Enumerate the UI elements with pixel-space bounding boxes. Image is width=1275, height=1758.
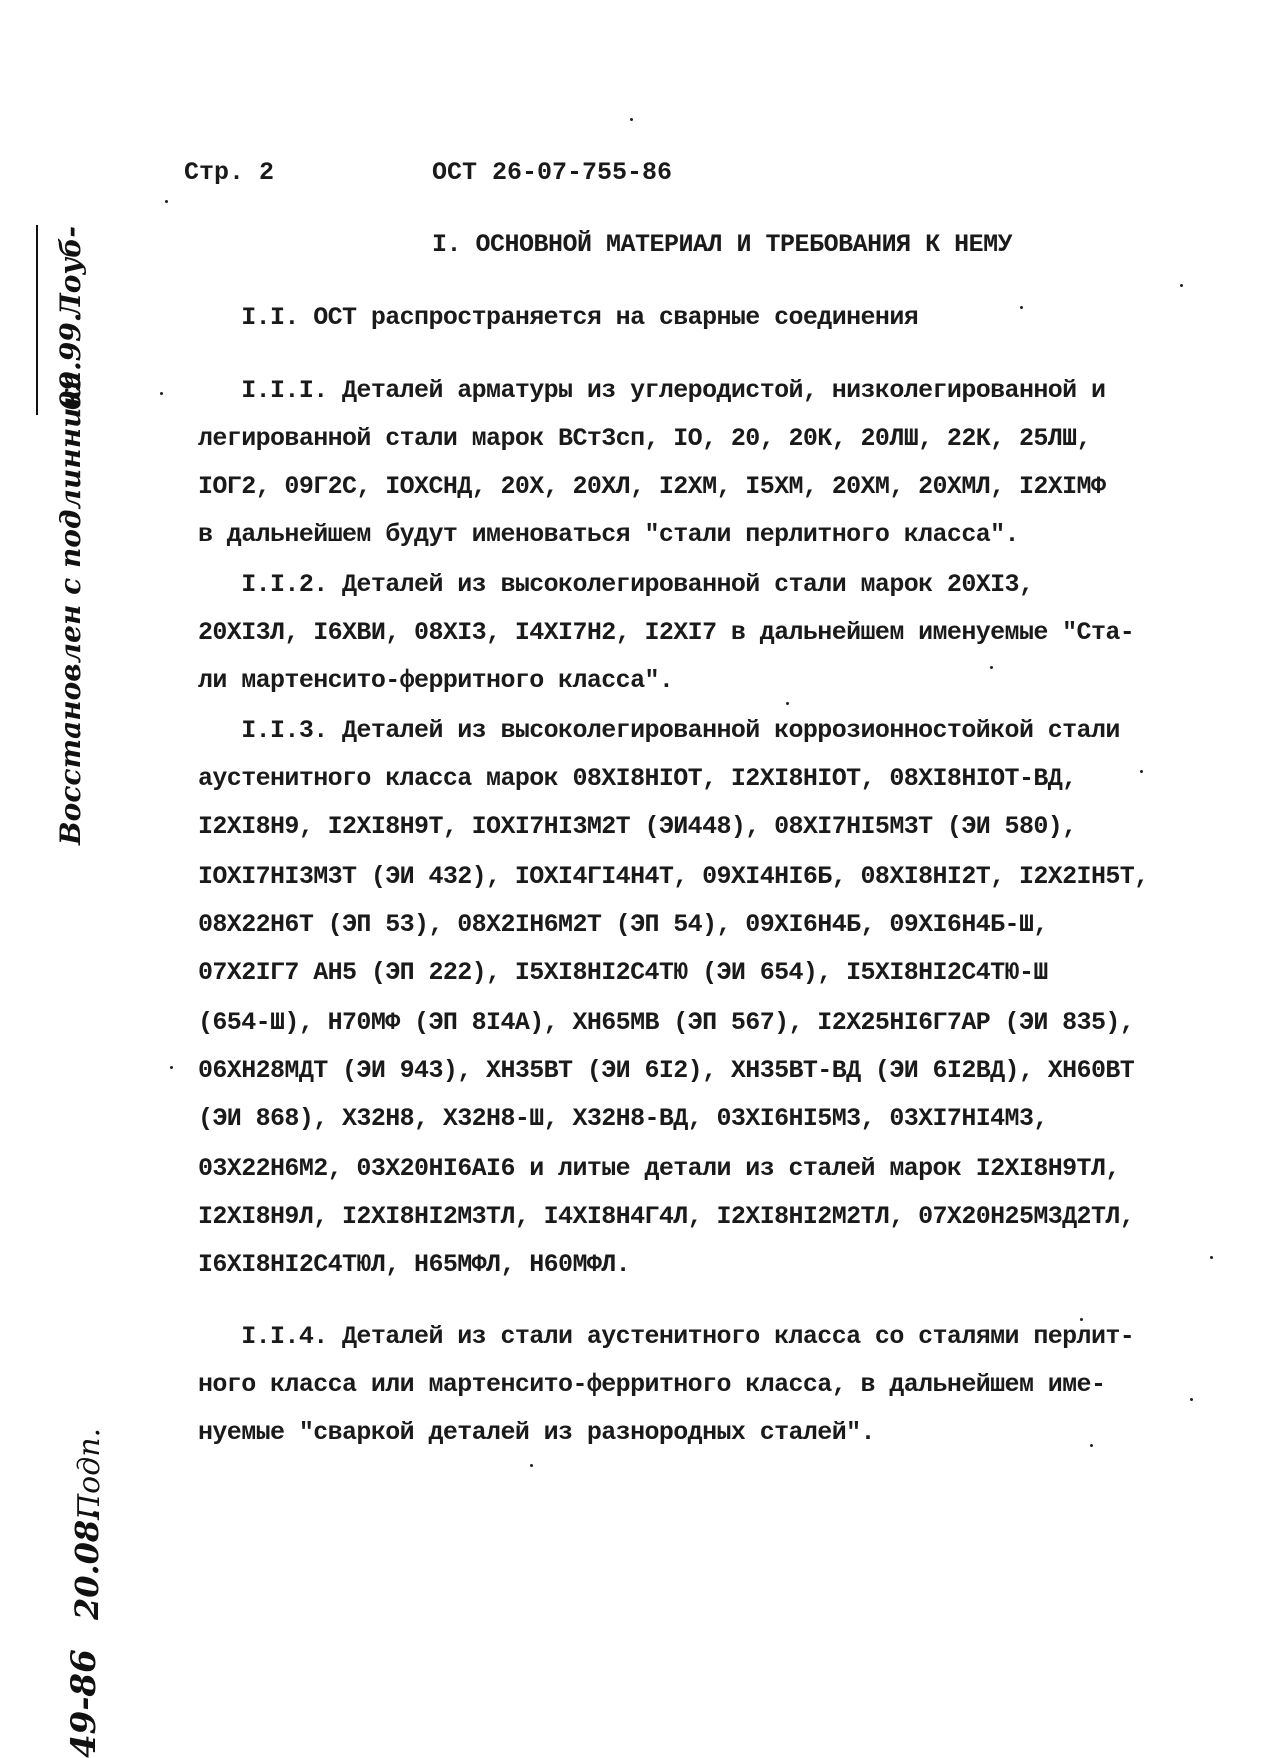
scan-speck [165,200,168,203]
scan-speck [1190,1398,1193,1401]
scan-speck [1080,1318,1083,1321]
body-line: ли мартенсито-ферритного класса". [198,666,673,695]
scan-speck [630,118,633,121]
body-line: I2ХI8Н9, I2ХI8Н9Т, IОХI7НI3М2Т (ЭИ448), … [198,812,1077,841]
signature-date: 20.08. [68,1509,106,1620]
margin-rule [36,225,38,415]
body-line: I.I.4. Деталей из стали аустенитного кла… [198,1322,1134,1351]
body-line: в дальнейшем будут именоваться "стали пе… [198,520,1019,549]
page-number: Стр. 2 [184,158,274,187]
body-line: нуемые "сваркой деталей из разнородных с… [198,1418,875,1447]
body-line: ного класса или мартенсито-ферритного кл… [198,1370,1105,1399]
document-code: ОСТ 26-07-755-86 [432,158,672,187]
scan-speck [1090,1444,1093,1447]
body-line: 20ХI3Л, I6ХВИ, 08ХI3, I4ХI7Н2, I2ХI7 в д… [198,618,1134,647]
scan-speck [1210,1256,1213,1259]
body-line: 07Х2IГ7 АН5 (ЭП 222), I5ХI8НI2С4ТЮ (ЭИ 6… [198,958,1048,987]
scan-speck [530,1464,533,1467]
body-line: I6ХI8НI2С4ТЮЛ, Н65МФЛ, Н60МФЛ. [198,1250,630,1279]
body-line: легированной стали марок ВСт3сп, IO, 20,… [198,424,1091,453]
body-line: I.I.I. Деталей арматуры из углеродистой,… [198,376,1105,405]
inventory-number: 49-86 [64,1649,104,1758]
signature-label: Подп. [72,1428,107,1520]
body-line: IOГ2, 09Г2С, IOХСНД, 20Х, 20ХЛ, I2ХМ, I5… [198,472,1105,501]
body-line: 03Х22Н6М2, 03Х20НI6АI6 и литые детали из… [198,1154,1120,1183]
scan-speck [786,702,789,705]
body-line: 08Х22Н6Т (ЭП 53), 08Х2IН6М2Т (ЭП 54), 09… [198,910,1048,939]
body-line: I.I.3. Деталей из высоколегированной кор… [198,716,1120,745]
scan-speck [1180,284,1183,287]
section-title: I. ОСНОВНОЙ МАТЕРИАЛ И ТРЕБОВАНИЯ К НЕМУ [432,230,1012,259]
body-line: I.I. ОСТ распространяется на сварные сое… [198,303,918,332]
scan-speck [990,666,993,669]
body-line: (654-Ш), Н70МФ (ЭП 8I4А), ХН65МВ (ЭП 567… [198,1008,1134,1037]
body-line: IОХI7НI3М3Т (ЭИ 432), IОХI4ГI4Н4Т, 09ХI4… [198,862,1149,891]
scan-speck [1020,306,1023,309]
body-line: I.I.2. Деталей из высоколегированной ста… [198,570,1033,599]
restored-date: 09.99. [54,313,87,410]
scan-speck [170,1066,173,1069]
scan-speck [1140,770,1143,773]
restored-note: Восстановлен с подлинника [54,370,87,845]
body-line: 06ХН28МДТ (ЭИ 943), ХН35ВТ (ЭИ 6I2), ХН3… [198,1056,1134,1085]
body-line: аустенитного класса марок 08ХI8НIОТ, I2Х… [198,764,1077,793]
body-line: (ЭИ 868), Х32Н8, Х32Н8-Ш, Х32Н8-ВД, 03ХI… [198,1104,1048,1133]
body-line: I2ХI8Н9Л, I2ХI8НI2М3ТЛ, I4ХI8Н4Г4Л, I2ХI… [198,1202,1134,1231]
scan-speck [160,392,163,395]
restored-signature: Лоуб- [54,226,87,318]
